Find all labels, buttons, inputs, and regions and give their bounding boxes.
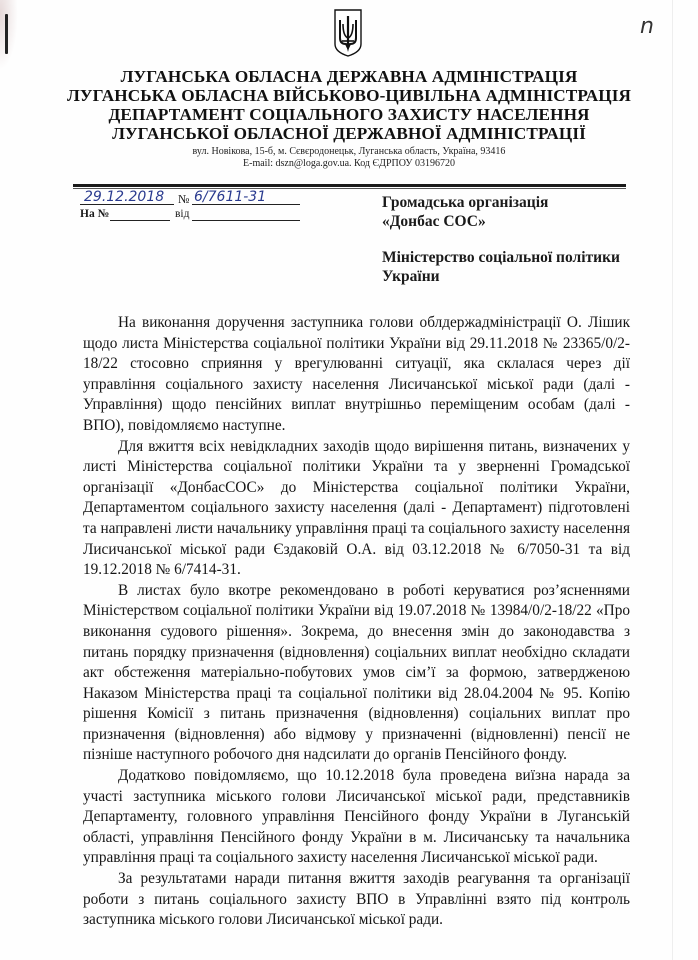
reply-date-blank xyxy=(192,220,300,221)
recipients-block: Громадська організація «Донбас СОС» Міні… xyxy=(382,193,682,286)
letterhead-org-line-2: ЛУГАНСЬКА ОБЛАСНА ВІЙСЬКОВО-ЦИВІЛЬНА АДМ… xyxy=(0,86,698,105)
date-underline xyxy=(80,204,174,205)
registration-block: 29.12.2018 № 6/7611-31 На № від xyxy=(80,191,300,225)
recipient-line: України xyxy=(382,267,682,286)
body-paragraph-3: В листах було вкотре рекомендовано в роб… xyxy=(83,581,630,766)
body-paragraph-1: На виконання доручення заступника голови… xyxy=(83,313,630,437)
letterhead-contacts: E-mail: dszn@loga.gov.ua. Код ЄДРПОУ 031… xyxy=(0,158,698,170)
body-paragraph-2: Для вжиття всіх невідкладних заходів щод… xyxy=(83,437,630,581)
letterhead-org-line-4: ЛУГАНСЬКОЇ ОБЛАСНОЇ ДЕРЖАВНОЇ АДМІНІСТРА… xyxy=(0,124,698,143)
letterhead-org-line-3: ДЕПАРТАМЕНТ СОЦІАЛЬНОГО ЗАХИСТУ НАСЕЛЕНН… xyxy=(0,105,698,124)
document-page: n ЛУГАНСЬКА ОБЛАСНА ДЕРЖАВНА АДМІНІСТРАЦ… xyxy=(0,0,698,960)
letterhead-address: вул. Новікова, 15-б, м. Сєвєродонецьк, Л… xyxy=(0,146,698,158)
letterhead-rule xyxy=(73,184,626,187)
outgoing-registration-row: 29.12.2018 № 6/7611-31 xyxy=(80,191,300,208)
reply-number-blank xyxy=(110,220,170,221)
margin-mark xyxy=(5,14,8,54)
recipient-donbas-sos: Громадська організація «Донбас СОС» xyxy=(382,193,682,231)
letter-body: На виконання доручення заступника голови… xyxy=(83,313,630,931)
coat-of-arms-icon xyxy=(333,8,363,58)
scan-edge-shadow xyxy=(0,0,18,70)
number-symbol: № xyxy=(178,192,189,207)
outgoing-date: 29.12.2018 xyxy=(84,189,164,205)
recipient-line: Громадська організація xyxy=(382,193,682,212)
body-paragraph-5: За результатами наради питання вжиття за… xyxy=(83,869,630,931)
letterhead: ЛУГАНСЬКА ОБЛАСНА ДЕРЖАВНА АДМІНІСТРАЦІЯ… xyxy=(0,67,698,170)
recipient-line: Міністерство соціальної політики xyxy=(382,248,682,267)
recipient-ministry: Міністерство соціальної політики України xyxy=(382,248,682,286)
outgoing-number: 6/7611-31 xyxy=(194,189,266,205)
recipient-line: «Донбас СОС» xyxy=(382,212,682,231)
handwritten-corner-mark: n xyxy=(640,14,654,39)
reply-reference-row: На № від xyxy=(80,208,300,225)
from-label: від xyxy=(175,208,189,220)
reply-to-label: На № xyxy=(80,208,109,220)
body-paragraph-4: Додатково повідомляємо, що 10.12.2018 бу… xyxy=(83,766,630,869)
number-underline xyxy=(192,204,300,205)
letterhead-org-line-1: ЛУГАНСЬКА ОБЛАСНА ДЕРЖАВНА АДМІНІСТРАЦІЯ xyxy=(0,67,698,86)
